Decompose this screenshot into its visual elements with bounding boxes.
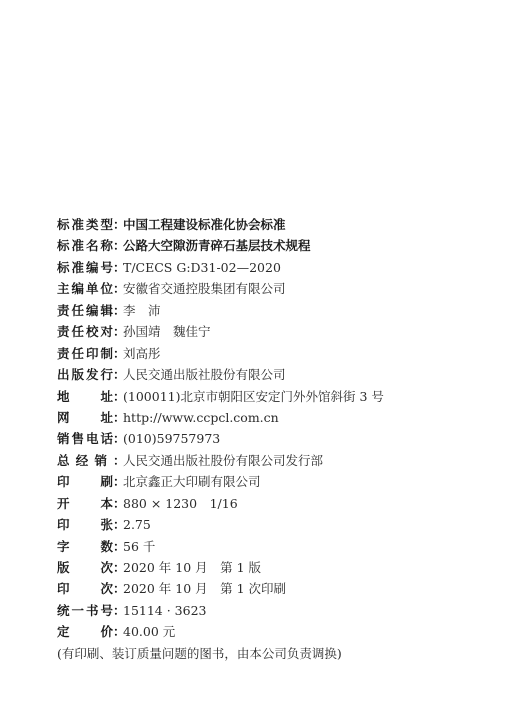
field-value: 北京鑫正大印刷有限公司 bbox=[123, 471, 261, 492]
field-label: 印刷 bbox=[57, 471, 113, 492]
field-value: (010)59757973 bbox=[123, 428, 220, 449]
field-value: 2.75 bbox=[123, 514, 151, 535]
colophon-row: 出版发行：人民交通出版社股份有限公司 bbox=[57, 364, 497, 385]
field-value: 56 千 bbox=[123, 536, 155, 557]
colophon-row: 版次：2020 年 10 月 第 1 版 bbox=[57, 557, 497, 578]
field-value: http://www.ccpcl.com.cn bbox=[123, 407, 279, 428]
field-label: 责任编辑 bbox=[57, 300, 113, 321]
colophon-row: 统一书号：15114 · 3623 bbox=[57, 600, 497, 621]
field-label: 责任印制 bbox=[57, 343, 113, 364]
colophon-row: 印刷：北京鑫正大印刷有限公司 bbox=[57, 471, 497, 492]
field-value: (100011)北京市朝阳区安定门外外馆斜街 3 号 bbox=[123, 386, 384, 407]
field-label: 版次 bbox=[57, 557, 113, 578]
colophon-row: 标准类型：中国工程建设标准化协会标准 bbox=[57, 214, 497, 235]
field-label: 统一书号 bbox=[57, 600, 113, 621]
label-colon: ： bbox=[113, 257, 123, 278]
field-label: 定价 bbox=[57, 621, 113, 642]
label-colon: ： bbox=[113, 235, 123, 256]
colophon-row: 总经销：人民交通出版社股份有限公司发行部 bbox=[57, 450, 497, 471]
colophon-row: 责任校对：孙国靖 魏佳宁 bbox=[57, 321, 497, 342]
label-colon: ： bbox=[113, 621, 123, 642]
field-value: 刘高彤 bbox=[123, 343, 161, 364]
field-value: 李 沛 bbox=[123, 300, 161, 321]
colophon-row: 印张：2.75 bbox=[57, 514, 497, 535]
label-colon: ： bbox=[113, 214, 123, 235]
label-colon: ： bbox=[113, 300, 123, 321]
label-colon: ： bbox=[113, 428, 123, 449]
colophon-row: 标准名称：公路大空隙沥青碎石基层技术规程 bbox=[57, 235, 497, 256]
colophon-info-list: 标准类型：中国工程建设标准化协会标准标准名称：公路大空隙沥青碎石基层技术规程标准… bbox=[57, 214, 497, 664]
field-label: 标准编号 bbox=[57, 257, 113, 278]
field-value: T/CECS G:D31-02—2020 bbox=[123, 257, 281, 278]
colophon-row: 开本：880 × 1230 1/16 bbox=[57, 493, 497, 514]
field-label: 责任校对 bbox=[57, 321, 113, 342]
field-value: 中国工程建设标准化协会标准 bbox=[123, 214, 286, 235]
colophon-row: 销售电话：(010)59757973 bbox=[57, 428, 497, 449]
field-label: 印张 bbox=[57, 514, 113, 535]
quality-note: (有印刷、装订质量问题的图书，由本公司负责调换) bbox=[57, 643, 497, 664]
field-value: 40.00 元 bbox=[123, 621, 175, 642]
colophon-row: 印次：2020 年 10 月 第 1 次印刷 bbox=[57, 578, 497, 599]
colophon-row: 定价：40.00 元 bbox=[57, 621, 497, 642]
label-colon: ： bbox=[113, 471, 123, 492]
field-value: 2020 年 10 月 第 1 版 bbox=[123, 557, 261, 578]
label-colon: ： bbox=[113, 321, 123, 342]
field-label: 出版发行 bbox=[57, 364, 113, 385]
label-colon: ： bbox=[113, 450, 123, 471]
field-value: 2020 年 10 月 第 1 次印刷 bbox=[123, 578, 286, 599]
field-label: 主编单位 bbox=[57, 278, 113, 299]
colophon-row: 标准编号：T/CECS G:D31-02—2020 bbox=[57, 257, 497, 278]
colophon-row: 主编单位：安徽省交通控股集团有限公司 bbox=[57, 278, 497, 299]
label-colon: ： bbox=[113, 407, 123, 428]
label-colon: ： bbox=[113, 493, 123, 514]
field-label: 标准名称 bbox=[57, 235, 113, 256]
field-value: 15114 · 3623 bbox=[123, 600, 207, 621]
field-value: 公路大空隙沥青碎石基层技术规程 bbox=[123, 235, 311, 256]
colophon-row: 责任编辑：李 沛 bbox=[57, 300, 497, 321]
field-label: 开本 bbox=[57, 493, 113, 514]
label-colon: ： bbox=[113, 364, 123, 385]
field-label: 标准类型 bbox=[57, 214, 113, 235]
field-value: 孙国靖 魏佳宁 bbox=[123, 321, 211, 342]
colophon-row: 网址：http://www.ccpcl.com.cn bbox=[57, 407, 497, 428]
colophon-row: 字数：56 千 bbox=[57, 536, 497, 557]
label-colon: ： bbox=[113, 600, 123, 621]
field-value: 人民交通出版社股份有限公司发行部 bbox=[123, 450, 323, 471]
field-value: 人民交通出版社股份有限公司 bbox=[123, 364, 286, 385]
field-label: 总经销 bbox=[57, 450, 107, 471]
field-value: 880 × 1230 1/16 bbox=[123, 493, 238, 514]
label-colon: ： bbox=[113, 386, 123, 407]
field-label: 字数 bbox=[57, 536, 113, 557]
label-colon: ： bbox=[113, 514, 123, 535]
colophon-row: 责任印制：刘高彤 bbox=[57, 343, 497, 364]
label-colon: ： bbox=[113, 557, 123, 578]
label-colon: ： bbox=[113, 536, 123, 557]
label-colon: ： bbox=[113, 343, 123, 364]
book-colophon-page: 标准类型：中国工程建设标准化协会标准标准名称：公路大空隙沥青碎石基层技术规程标准… bbox=[0, 0, 520, 726]
field-label: 印次 bbox=[57, 578, 113, 599]
field-value: 安徽省交通控股集团有限公司 bbox=[123, 278, 286, 299]
field-label: 地址 bbox=[57, 386, 113, 407]
label-colon: ： bbox=[113, 278, 123, 299]
label-colon: ： bbox=[113, 578, 123, 599]
colophon-row: 地址：(100011)北京市朝阳区安定门外外馆斜街 3 号 bbox=[57, 386, 497, 407]
field-label: 网址 bbox=[57, 407, 113, 428]
field-label: 销售电话 bbox=[57, 428, 113, 449]
